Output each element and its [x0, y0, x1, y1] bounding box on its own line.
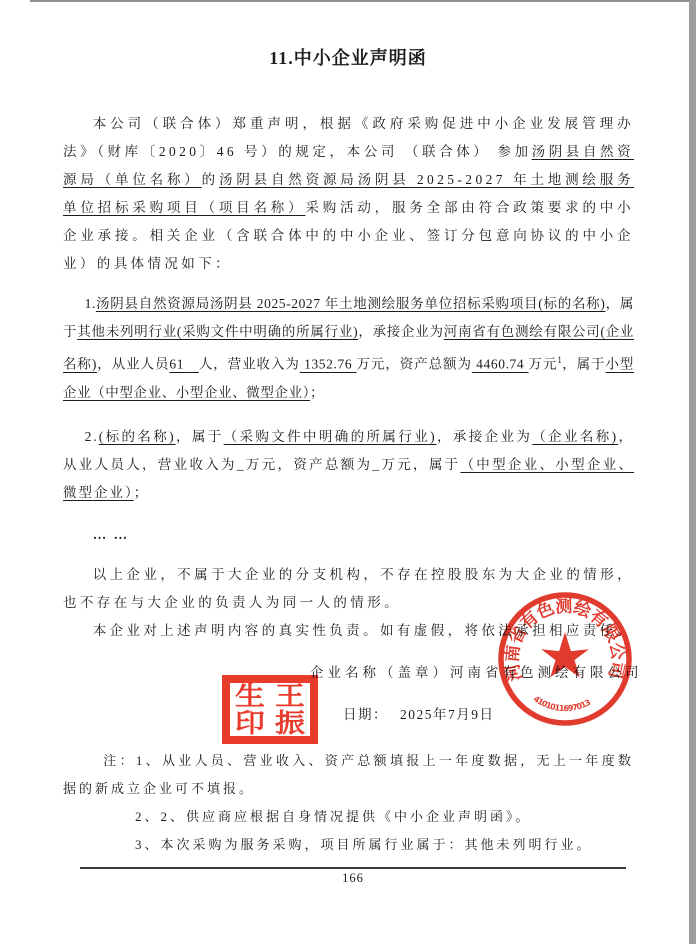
text-segment: 万元	[529, 357, 558, 372]
company-round-stamp: 河南省有色测绘有限公司 4101011697013	[495, 589, 635, 729]
text-segment: ；	[134, 485, 150, 500]
date-label: 日期：	[343, 707, 388, 722]
text-segment: ，承接企业为	[358, 324, 444, 339]
stamp-star-icon	[541, 632, 589, 677]
text-segment: ；	[310, 385, 324, 400]
text-segment: 1352.76	[300, 357, 357, 372]
text-segment: ，承接企业为	[437, 429, 533, 444]
ellipsis-line: … …	[63, 521, 634, 549]
note-2: 2、2、供应商应根据自身情况提供《中小企业声明函》。	[63, 803, 634, 831]
text-segment: ，属于	[176, 429, 224, 444]
text-segment: ，属于	[562, 357, 606, 372]
text-segment: （采购文件中明确的所属行业)	[224, 429, 437, 444]
text-segment: 61	[169, 357, 198, 372]
item-1-paragraph: 1.汤阴县自然资源局汤阴县 2025-2027 年土地测绘服务单位招标采购项目(…	[63, 290, 634, 407]
date-value: 2025年7月9日	[400, 707, 495, 722]
text-segment: ，从业人员	[97, 357, 169, 372]
item-2-paragraph: 2.(标的名称)，属于（采购文件中明确的所属行业)，承接企业为（企业名称)，从业…	[63, 423, 634, 507]
seal-char-1: 生	[235, 683, 265, 709]
document-page: 11.中小企业声明函 本公司（联合体）郑重声明，根据《政府采购促进中小企业发展管…	[0, 0, 696, 944]
personal-name-seal: 生 王 印 振	[222, 675, 318, 744]
text-segment: 1.	[85, 296, 96, 311]
svg-text:4101011697013: 4101011697013	[532, 694, 593, 713]
text-segment: 其他未列明行业(采购文件中明确的所属行业)	[77, 324, 358, 339]
page-footer: 166	[80, 867, 626, 887]
text-segment: （企业名称)	[532, 429, 618, 444]
text-segment: 人，营业收入为	[199, 357, 300, 372]
text-segment: 汤阴县自然资源局汤阴县 2025-2027 年土地测绘服务单位招标采购项目(标的…	[96, 296, 606, 311]
scan-edge-top	[30, 0, 690, 2]
text-segment: 万元，资产总额为	[356, 357, 471, 372]
document-title: 11.中小企业声明函	[0, 46, 696, 70]
seal-char-4: 振	[275, 710, 305, 736]
text-segment: (标的名称)	[99, 429, 176, 444]
text-segment: 的	[202, 172, 219, 187]
text-segment: 2.	[85, 429, 99, 444]
intro-paragraph: 本公司（联合体）郑重声明，根据《政府采购促进中小企业发展管理办法》（财库〔202…	[63, 110, 634, 278]
stamp-code-text: 4101011697013	[532, 694, 593, 713]
note-1: 注：1、从业人员、营业收入、资产总额填报上一年度数据，无上一年度数据的新成立企业…	[63, 747, 634, 803]
text-segment: 4460.74	[472, 357, 529, 372]
seal-char-2: 王	[275, 683, 305, 709]
company-seal-label: 企业名称（盖章）	[310, 665, 450, 680]
note-3: 3、本次采购为服务采购，项目所属行业属于：其他未列明行业。	[63, 831, 634, 859]
scan-edge-right	[689, 0, 696, 944]
document-body: 本公司（联合体）郑重声明，根据《政府采购促进中小企业发展管理办法》（财库〔202…	[0, 110, 696, 859]
seal-char-3: 印	[235, 710, 265, 736]
page-number: 166	[342, 871, 364, 885]
